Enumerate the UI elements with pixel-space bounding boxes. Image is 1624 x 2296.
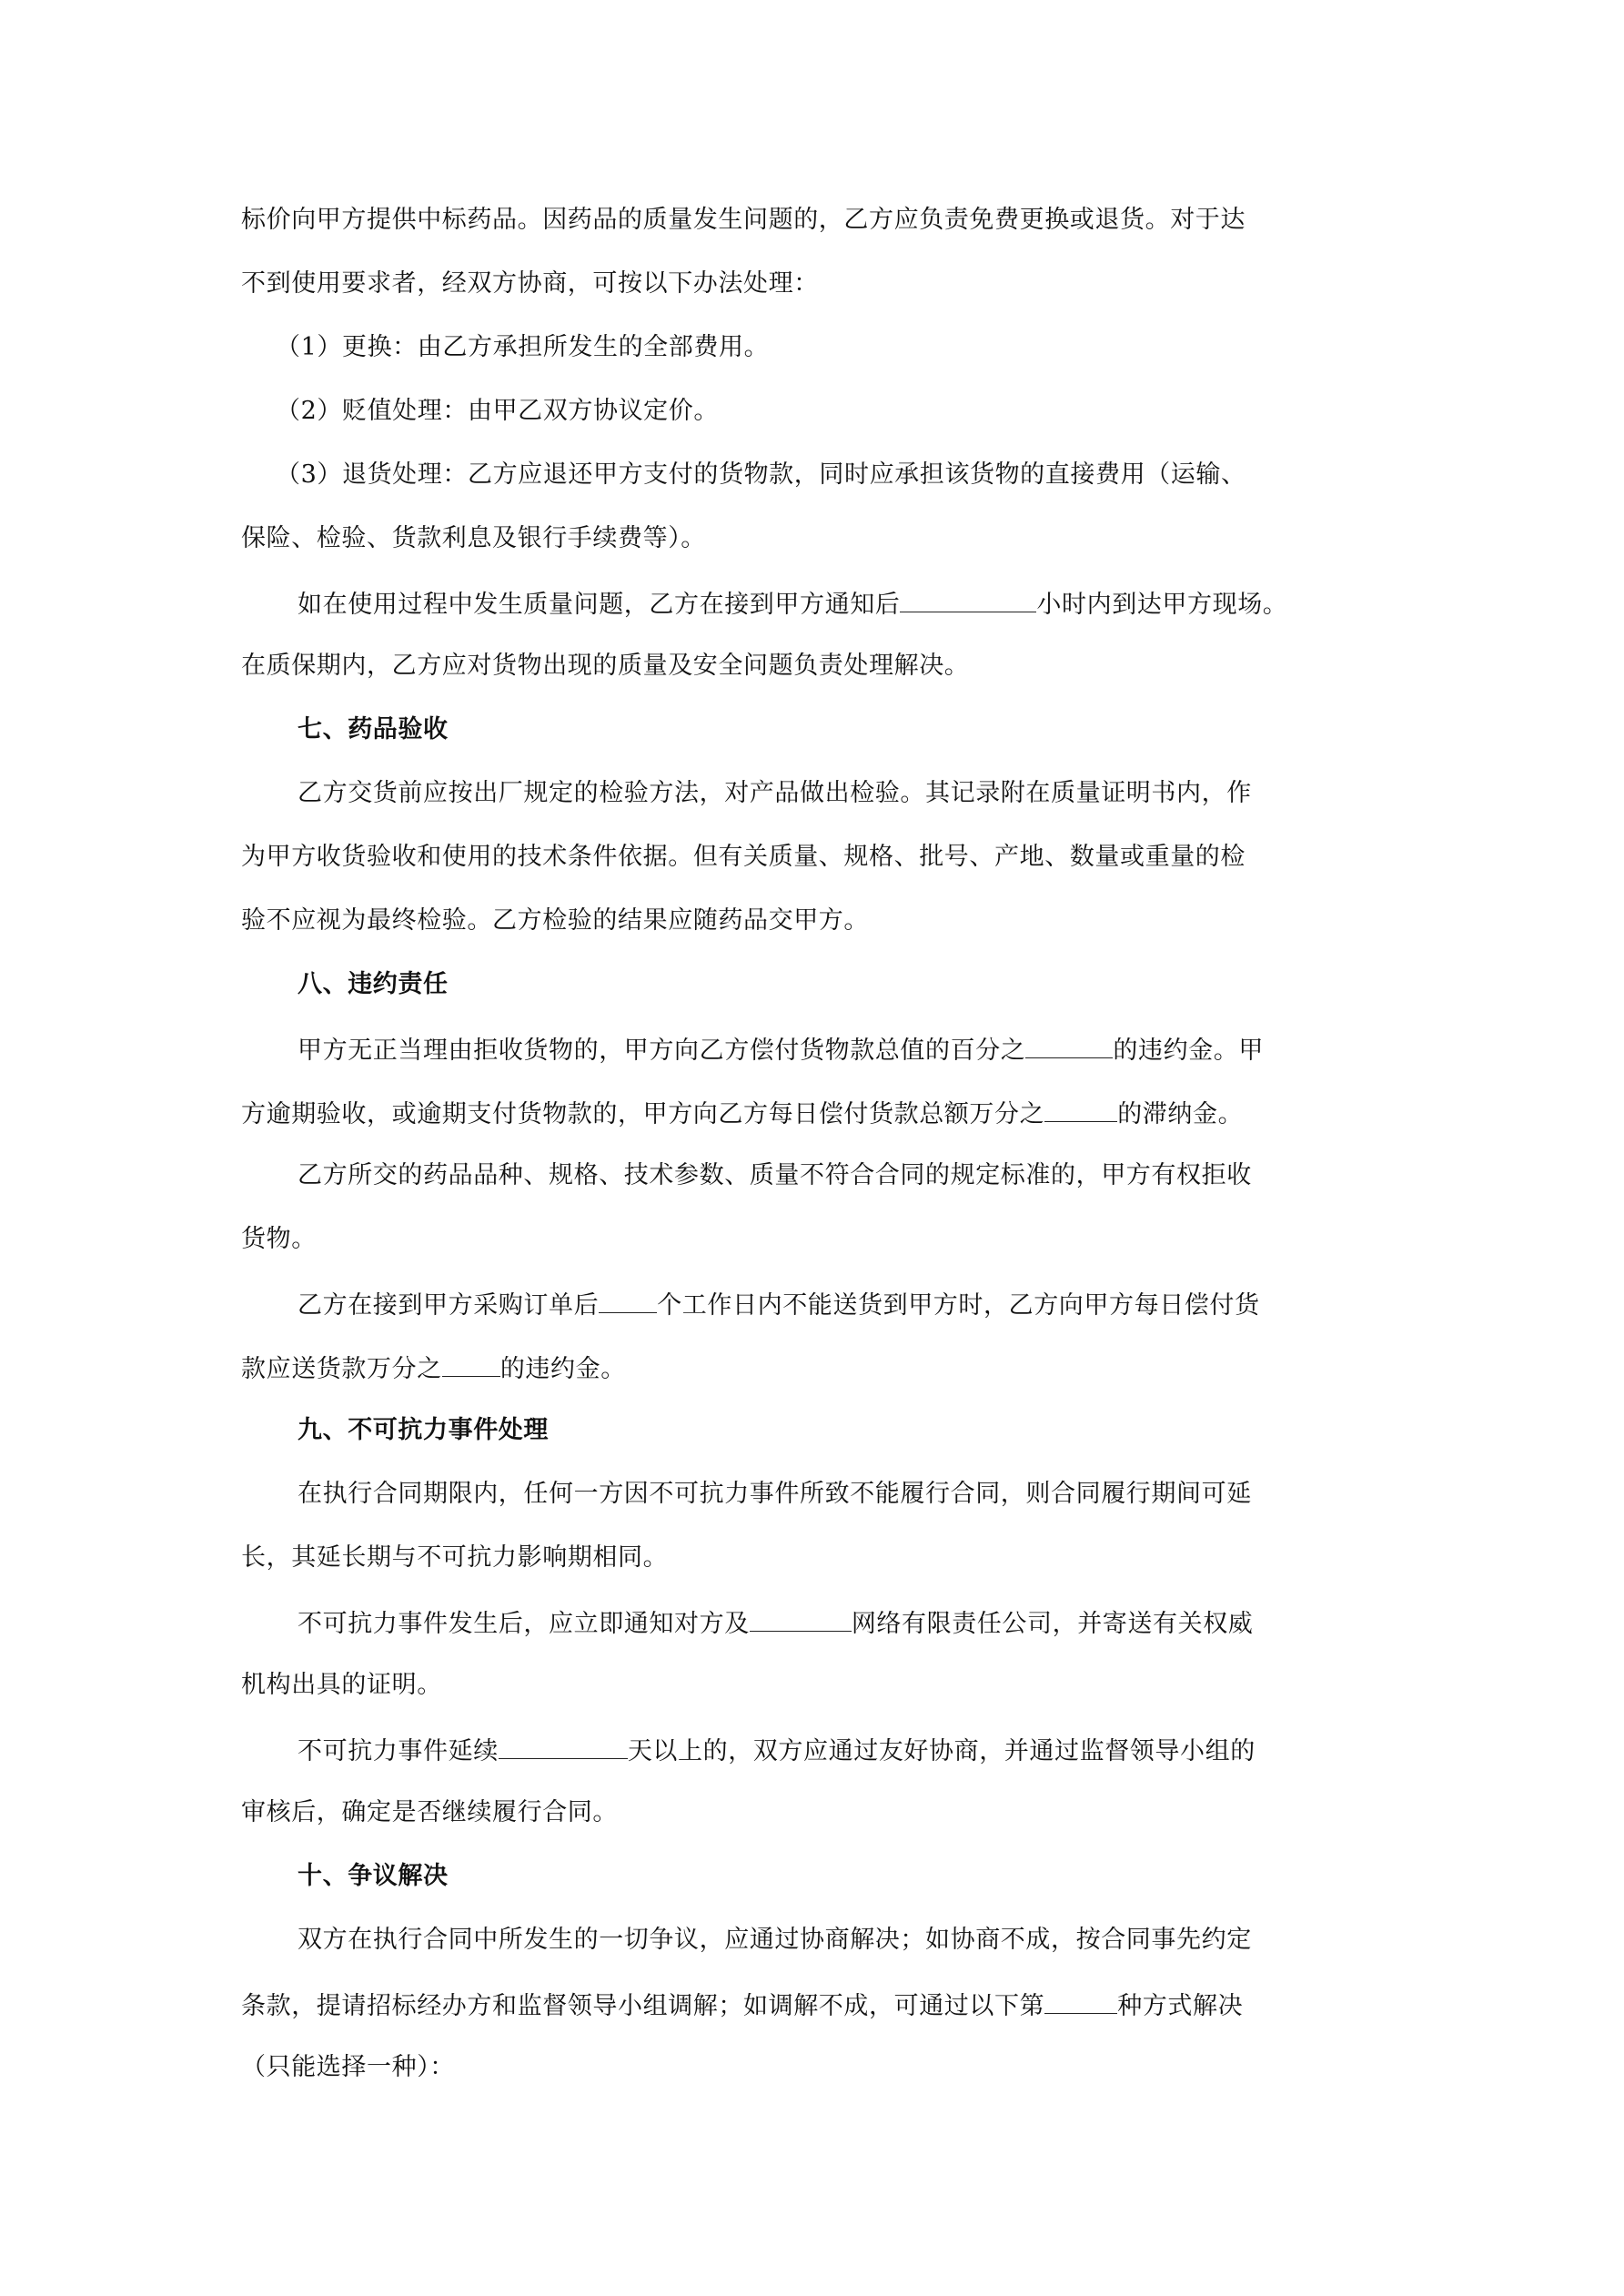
text: 小时内到达甲方现场。 xyxy=(1036,591,1287,619)
text: 的滞纳金。 xyxy=(1117,1100,1243,1128)
fill-blank-days[interactable] xyxy=(499,1731,628,1759)
paragraph-line: 款应送货款万分之的违约金。 xyxy=(241,1349,1386,1412)
paragraph-line: 保险、检验、货款利息及银行手续费等）。 xyxy=(241,521,1386,584)
option-depreciate: （2）贬值处理：由甲乙双方协议定价。 xyxy=(241,393,1386,457)
paragraph-line: 条款，提请招标经办方和监督领导小组调解；如调解不成，可通过以下第种方式解决 xyxy=(241,1986,1386,2049)
option-return: （3）退货处理：乙方应退还甲方支付的货物款，同时应承担该货物的直接费用（运输、 xyxy=(241,457,1386,521)
text: 天以上的，双方应通过友好协商，并通过监督领导小组的 xyxy=(628,1737,1256,1765)
paragraph-line: 不到使用要求者，经双方协商，可按以下办法处理： xyxy=(241,266,1386,329)
section-heading: 九、不可抗力事件处理 xyxy=(241,1412,1386,1476)
fill-blank-penalty[interactable] xyxy=(442,1349,500,1377)
text: 方逾期验收，或逾期支付货物款的，甲方向乙方每日偿付货款总额万分之 xyxy=(241,1100,1044,1128)
text: 个工作日内不能送货到甲方时，乙方向甲方每日偿付货 xyxy=(657,1291,1259,1320)
paragraph-line: 不可抗力事件延续天以上的，双方应通过友好协商，并通过监督领导小组的 xyxy=(241,1731,1386,1795)
paragraph-line: 货物。 xyxy=(241,1221,1386,1285)
paragraph-line: 验不应视为最终检验。乙方检验的结果应随药品交甲方。 xyxy=(241,903,1386,966)
fill-blank-hours[interactable] xyxy=(900,584,1036,612)
section-heading: 十、争议解决 xyxy=(241,1858,1386,1922)
fill-blank-percent[interactable] xyxy=(1025,1030,1113,1058)
paragraph-line: 双方在执行合同中所发生的一切争议，应通过协商解决；如协商不成，按合同事先约定 xyxy=(241,1922,1386,1986)
paragraph-line: 为甲方收货验收和使用的技术条件依据。但有关质量、规格、批号、产地、数量或重量的检 xyxy=(241,839,1386,903)
text: 种方式解决 xyxy=(1117,1992,1243,2020)
fill-blank-method[interactable] xyxy=(1044,1986,1117,2014)
fill-blank-late-fee[interactable] xyxy=(1044,1094,1117,1122)
text: 乙方在接到甲方采购订单后 xyxy=(298,1291,599,1320)
text: 网络有限责任公司，并寄送有关权威 xyxy=(852,1610,1254,1638)
paragraph-line: 乙方所交的药品品种、规格、技术参数、质量不符合合同的规定标准的，甲方有权拒收 xyxy=(241,1158,1386,1221)
paragraph-line: 乙方交货前应按出厂规定的检验方法，对产品做出检验。其记录附在质量证明书内，作 xyxy=(241,775,1386,839)
paragraph-line: 审核后，确定是否继续履行合同。 xyxy=(241,1795,1386,1858)
paragraph-line: 甲方无正当理由拒收货物的，甲方向乙方偿付货物款总值的百分之的违约金。甲 xyxy=(241,1030,1386,1094)
text: 的违约金。 xyxy=(500,1355,626,1383)
fill-blank-workdays[interactable] xyxy=(599,1285,657,1313)
section-heading: 八、违约责任 xyxy=(241,966,1386,1030)
paragraph-line: 方逾期验收，或逾期支付货物款的，甲方向乙方每日偿付货款总额万分之的滞纳金。 xyxy=(241,1094,1386,1158)
text: 如在使用过程中发生质量问题，乙方在接到甲方通知后 xyxy=(298,591,900,619)
section-heading: 七、药品验收 xyxy=(241,712,1386,775)
document-page: 标价向甲方提供中标药品。因药品的质量发生问题的，乙方应负责免费更换或退货。对于达… xyxy=(241,202,1386,2113)
paragraph-line: 不可抗力事件发生后，应立即通知对方及网络有限责任公司，并寄送有关权威 xyxy=(241,1603,1386,1667)
paragraph-line: 在质保期内，乙方应对货物出现的质量及安全问题负责处理解决。 xyxy=(241,648,1386,712)
option-replace: （1）更换：由乙方承担所发生的全部费用。 xyxy=(241,329,1386,393)
paragraph-line: 标价向甲方提供中标药品。因药品的质量发生问题的，乙方应负责免费更换或退货。对于达 xyxy=(241,202,1386,266)
paragraph-line: 机构出具的证明。 xyxy=(241,1667,1386,1731)
text: 不可抗力事件发生后，应立即通知对方及 xyxy=(298,1610,750,1638)
paragraph-line: 在执行合同期限内，任何一方因不可抗力事件所致不能履行合同，则合同履行期间可延 xyxy=(241,1476,1386,1540)
text: 的违约金。甲 xyxy=(1113,1037,1264,1065)
paragraph-line: 乙方在接到甲方采购订单后个工作日内不能送货到甲方时，乙方向甲方每日偿付货 xyxy=(241,1285,1386,1349)
text: 条款，提请招标经办方和监督领导小组调解；如调解不成，可通过以下第 xyxy=(241,1992,1044,2020)
text: 款应送货款万分之 xyxy=(241,1355,442,1383)
paragraph-line: （只能选择一种）： xyxy=(241,2049,1386,2113)
text: 不可抗力事件延续 xyxy=(298,1737,499,1765)
paragraph-line: 如在使用过程中发生质量问题，乙方在接到甲方通知后小时内到达甲方现场。 xyxy=(241,584,1386,648)
fill-blank-company[interactable] xyxy=(750,1603,852,1632)
text: 甲方无正当理由拒收货物的，甲方向乙方偿付货物款总值的百分之 xyxy=(298,1037,1025,1065)
paragraph-line: 长，其延长期与不可抗力影响期相同。 xyxy=(241,1540,1386,1603)
